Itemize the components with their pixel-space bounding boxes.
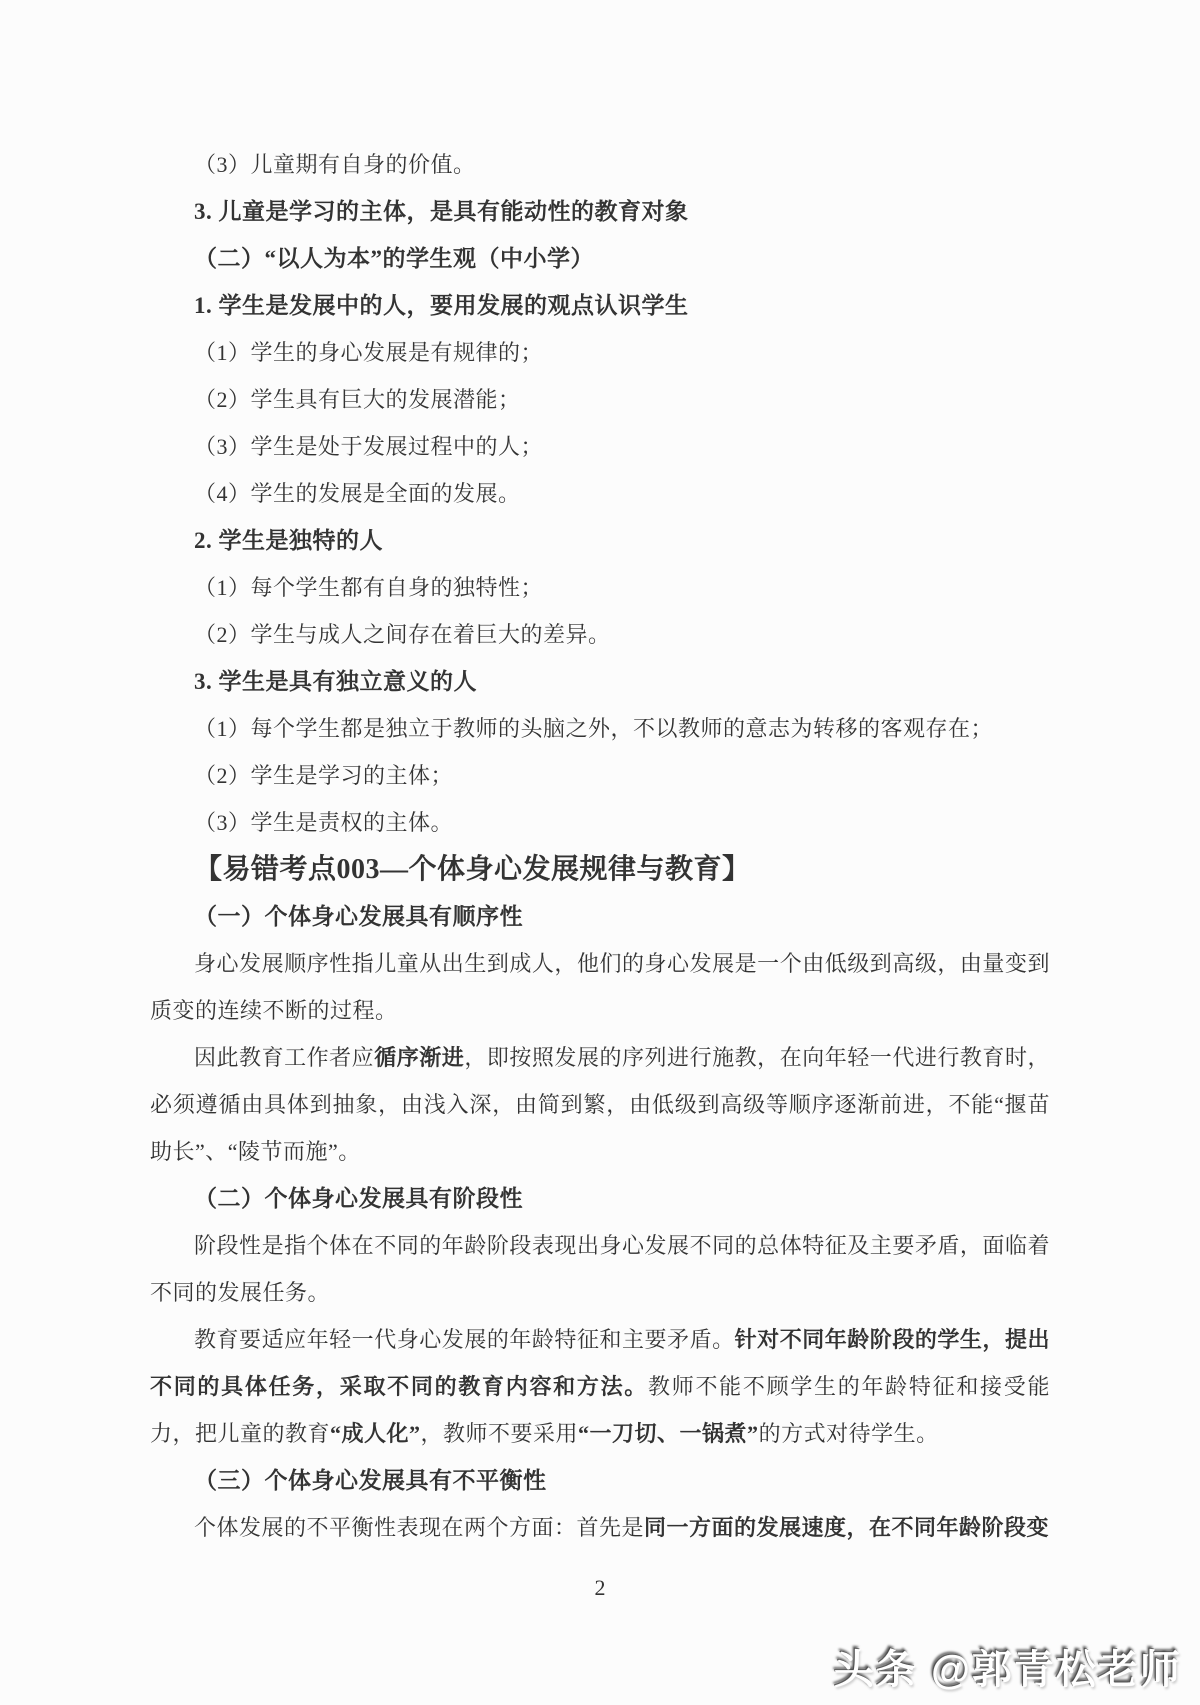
list-item-line: （1）每个学生都是独立于教师的头脑之外，不以教师的意志为转移的客观存在； <box>150 705 1050 752</box>
paragraph: 身心发展顺序性指儿童从出生到成人，他们的身心发展是一个由低级到高级，由量变到质变… <box>150 940 1050 1034</box>
text-segment: 个体发展的不平衡性表现在两个方面：首先是 <box>194 1515 644 1540</box>
watermark: 头条 @郭青松老师 <box>834 1638 1182 1695</box>
list-item-line: （2）学生与成人之间存在着巨大的差异。 <box>150 611 1050 658</box>
heading-line: 3. 学生是具有独立意义的人 <box>150 658 1050 705</box>
text-segment: 因此教育工作者应 <box>194 1045 374 1070</box>
list-item-line: （4）学生的发展是全面的发展。 <box>150 470 1050 517</box>
bold-text-segment: “成人化” <box>330 1421 421 1446</box>
text-segment: 教育要适应年轻一代身心发展的年龄特征和主要矛盾。 <box>194 1327 735 1352</box>
document-page: （3）儿童期有自身的价值。3. 儿童是学习的主体，是具有能动性的教育对象（二）“… <box>0 0 1200 1705</box>
heading-line: （一）个体身心发展具有顺序性 <box>150 893 1050 940</box>
list-item-line: （2）学生具有巨大的发展潜能； <box>150 376 1050 423</box>
paragraph: 因此教育工作者应循序渐进，即按照发展的序列进行施教，在向年轻一代进行教育时，必须… <box>150 1034 1050 1175</box>
document-body: （3）儿童期有自身的价值。3. 儿童是学习的主体，是具有能动性的教育对象（二）“… <box>0 0 1200 1551</box>
paragraph: 阶段性是指个体在不同的年龄阶段表现出身心发展不同的总体特征及主要矛盾，面临着不同… <box>150 1222 1050 1316</box>
bold-text-segment: 同一方面的发展速度，在不同年龄阶段变 <box>644 1515 1049 1540</box>
text-segment: 身心发展顺序性指儿童从出生到成人，他们的身心发展是一个由低级到高级，由量变到质变… <box>150 951 1050 1023</box>
list-item-line: （2）学生是学习的主体； <box>150 752 1050 799</box>
text-segment: 的方式对待学生。 <box>759 1421 939 1446</box>
heading-line: 1. 学生是发展中的人，要用发展的观点认识学生 <box>150 282 1050 329</box>
heading-line: （二）“以人为本”的学生观（中小学） <box>150 235 1050 282</box>
bold-text-segment: 循序渐进 <box>374 1045 464 1070</box>
paragraph: 教育要适应年轻一代身心发展的年龄特征和主要矛盾。针对不同年龄阶段的学生，提出不同… <box>150 1316 1050 1457</box>
list-item-line: （3）学生是责权的主体。 <box>150 799 1050 846</box>
section-title: 【易错考点003—个体身心发展规律与教育】 <box>150 846 1050 893</box>
list-item-line: （1）学生的身心发展是有规律的； <box>150 329 1050 376</box>
page-number: 2 <box>0 1575 1200 1601</box>
heading-line: 2. 学生是独特的人 <box>150 517 1050 564</box>
text-segment: 阶段性是指个体在不同的年龄阶段表现出身心发展不同的总体特征及主要矛盾，面临着不同… <box>150 1233 1050 1305</box>
paragraph: 个体发展的不平衡性表现在两个方面：首先是同一方面的发展速度，在不同年龄阶段变 <box>150 1504 1050 1551</box>
list-item-line: （1）每个学生都有自身的独特性； <box>150 564 1050 611</box>
bold-text-segment: “一刀切、一锅煮” <box>578 1421 759 1446</box>
heading-line: （二）个体身心发展具有阶段性 <box>150 1175 1050 1222</box>
list-item-line: （3）学生是处于发展过程中的人； <box>150 423 1050 470</box>
text-segment: ，教师不要采用 <box>421 1421 579 1446</box>
heading-line: （三）个体身心发展具有不平衡性 <box>150 1457 1050 1504</box>
heading-line: 3. 儿童是学习的主体，是具有能动性的教育对象 <box>150 188 1050 235</box>
list-item-line: （3）儿童期有自身的价值。 <box>150 141 1050 188</box>
